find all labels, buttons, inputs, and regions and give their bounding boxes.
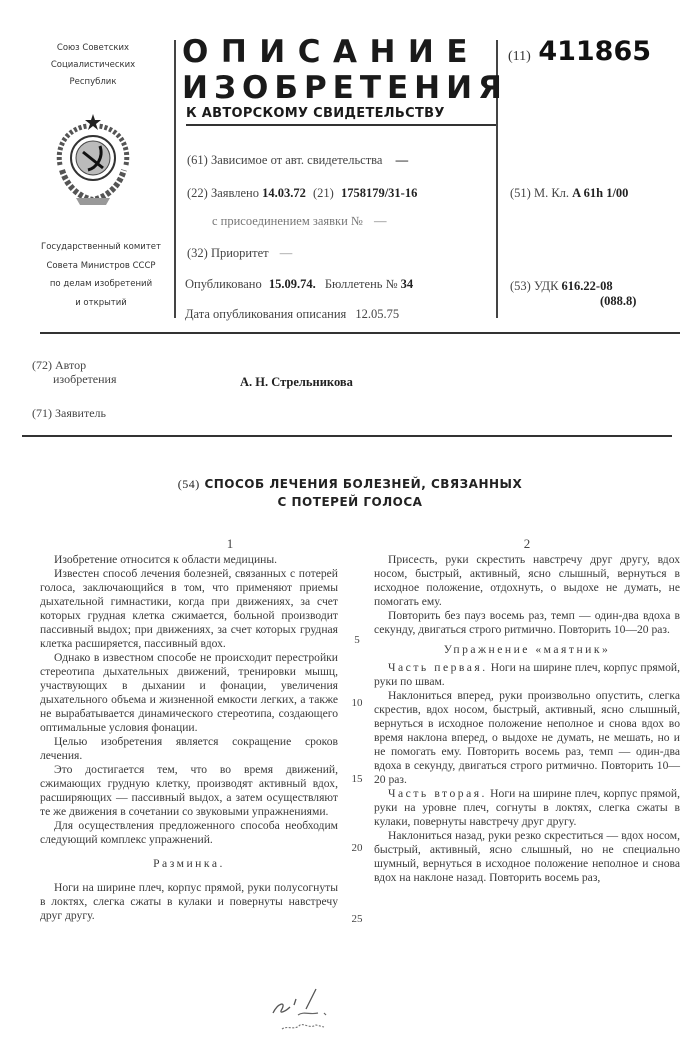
field-code: (72) xyxy=(32,358,52,372)
paragraph: Часть первая. Ноги на ширине плеч, корпу… xyxy=(374,661,680,689)
column-number: 2 xyxy=(512,536,542,552)
title-line: С ПОТЕРЕЙ ГОЛОСА xyxy=(100,493,600,511)
field-code: (22) xyxy=(187,186,208,200)
committee-line: и открытий xyxy=(36,294,166,313)
field-code: (61) xyxy=(187,153,208,167)
document-title: (54) СПОСОБ ЛЕЧЕНИЯ БОЛЕЗНЕЙ, СВЯЗАННЫХ … xyxy=(100,475,600,511)
line-number: 20 xyxy=(347,842,367,854)
field-code: (54) xyxy=(178,477,200,491)
field-value: (088.8) xyxy=(600,294,636,308)
field-value: — xyxy=(280,246,293,260)
field-code: (71) xyxy=(32,406,52,420)
line-number: 5 xyxy=(347,634,367,646)
line-number: 25 xyxy=(347,913,367,925)
paragraph: Однако в известном способе не происходит… xyxy=(40,651,338,735)
line-number: 10 xyxy=(347,697,367,709)
paragraph: Известен способ лечения болезней, связан… xyxy=(40,567,338,651)
field-value: 616.22-08 xyxy=(562,279,613,293)
paragraph: Часть вторая. Ноги на ширине плеч, корпу… xyxy=(374,787,680,829)
field-code: (53) xyxy=(510,279,531,293)
title-line: СПОСОБ ЛЕЧЕНИЯ БОЛЕЗНЕЙ, СВЯЗАННЫХ xyxy=(204,477,522,491)
country-name: Союз Советских Социалистических Республи… xyxy=(38,40,148,91)
bulletin-number: 34 xyxy=(401,277,414,291)
paragraph: Для осуществления предложенного способа … xyxy=(40,819,338,847)
committee-line: Государственный комитет xyxy=(36,238,166,257)
line-number: 15 xyxy=(347,773,367,785)
field-label: М. Кл. xyxy=(534,186,569,200)
field-value: A 61h 1/00 xyxy=(572,186,628,200)
page-title-line2: ИЗОБРЕТЕНИЯ xyxy=(182,70,496,106)
dependent-certificate: (61) Зависимое от авт. свидетельства — xyxy=(187,153,408,168)
paragraph: Изобретение относится к области медицины… xyxy=(40,553,338,567)
paragraph: Наклониться назад, руки резко скреститьс… xyxy=(374,829,680,885)
udc: (53) УДК 616.22-08 (088.8) xyxy=(510,279,636,309)
field-code: (21) xyxy=(313,186,334,200)
field-value: — xyxy=(374,214,387,228)
column-2: Присесть, руки скрестить навстречу друг … xyxy=(374,553,680,885)
field-value: — xyxy=(396,153,409,167)
field-label: Опубликовано xyxy=(185,277,262,291)
divider xyxy=(40,332,680,334)
application-number: 1758179/31-16 xyxy=(341,186,417,200)
filing-date: (22) Заявлено 14.03.72 (21) 1758179/31-1… xyxy=(187,186,417,201)
paragraph: Это достигается тем, что во время движен… xyxy=(40,763,338,819)
committee-line: по делам изобретений xyxy=(36,275,166,294)
section-heading: Упражнение «маятник» xyxy=(374,643,680,657)
paragraph: Повторить без пауз восемь раз, темп — од… xyxy=(374,609,680,637)
column-number: 1 xyxy=(215,536,245,552)
page-subtitle: К АВТОРСКОМУ СВИДЕТЕЛЬСТВУ xyxy=(186,106,496,126)
field-label: Заявлено xyxy=(211,186,259,200)
field-label: Бюллетень № xyxy=(325,277,398,291)
page-title-line1: ОПИСАНИЕ xyxy=(182,34,496,70)
country-line: Союз Советских xyxy=(38,40,148,57)
paragraph: Ноги на ширине плеч, корпус прямой, руки… xyxy=(40,881,338,923)
part-label: Часть вторая. xyxy=(388,787,487,800)
field-label: УДК xyxy=(534,279,558,293)
committee-name: Государственный комитет Совета Министров… xyxy=(36,238,166,312)
patent-number: (11) 411865 xyxy=(508,36,651,67)
state-emblem-icon xyxy=(48,110,138,210)
country-line: Республик xyxy=(38,74,148,91)
classification: (51) М. Кл. A 61h 1/00 xyxy=(510,186,628,201)
field-label: Дата опубликования описания xyxy=(185,307,346,321)
paragraph: Наклониться вперед, руки произвольно опу… xyxy=(374,689,680,787)
field-label: изобретения xyxy=(53,372,116,386)
publication-date: Опубликовано 15.09.74. Бюллетень № 34 xyxy=(185,277,413,292)
field-label: с присоединением заявки № xyxy=(212,214,363,228)
description-publication-date: Дата опубликования описания 12.05.75 xyxy=(185,307,399,322)
author-name: А. Н. Стрельникова xyxy=(240,375,353,390)
field-label: Автор xyxy=(55,358,86,372)
part-label: Часть первая. xyxy=(388,661,488,674)
author-label: (72) Автор изобретения xyxy=(32,358,116,386)
field-value: 14.03.72 xyxy=(262,186,306,200)
priority: (32) Приоритет — xyxy=(187,246,292,261)
country-line: Социалистических xyxy=(38,57,148,74)
paragraph: Присесть, руки скрестить навстречу друг … xyxy=(374,553,680,609)
handwritten-signature-icon xyxy=(268,985,338,1040)
field-value: 12.05.75 xyxy=(355,307,399,321)
field-label: Приоритет xyxy=(211,246,269,260)
divider xyxy=(22,435,672,437)
paragraph: Целью изобретения является сокращение ср… xyxy=(40,735,338,763)
section-heading: Разминка. xyxy=(40,857,338,871)
joined-application: с присоединением заявки № — xyxy=(212,214,386,229)
patent-number-value: 411865 xyxy=(538,36,651,67)
field-code: (32) xyxy=(187,246,208,260)
patent-code: (11) xyxy=(508,49,531,64)
divider xyxy=(174,40,176,318)
column-1: Изобретение относится к области медицины… xyxy=(40,553,338,923)
field-code: (51) xyxy=(510,186,531,200)
field-label: Заявитель xyxy=(55,406,106,420)
field-label: Зависимое от авт. свидетельства xyxy=(211,153,383,167)
field-value: 15.09.74. xyxy=(269,277,316,291)
committee-line: Совета Министров СССР xyxy=(36,257,166,276)
applicant-label: (71) Заявитель xyxy=(32,406,106,421)
